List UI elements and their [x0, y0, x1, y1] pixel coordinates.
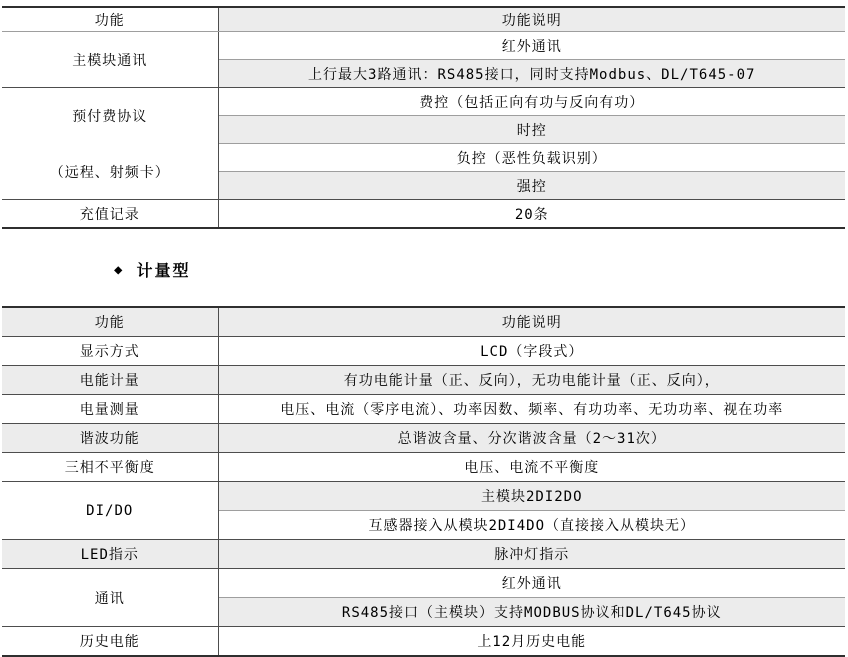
table-row: 显示方式 LCD（字段式） [2, 337, 845, 366]
feature-desc-cell: 互感器接入从模块2DI4DO（直接接入从模块无） [218, 511, 845, 540]
feature-name-cell: 谐波功能 [2, 424, 218, 453]
feature-name-cell: 三相不平衡度 [2, 453, 218, 482]
feature-desc-cell: 电压、电流（零序电流）、功率因数、频率、有功功率、无功功率、视在功率 [218, 395, 845, 424]
table-row: 电量测量 电压、电流（零序电流）、功率因数、频率、有功功率、无功功率、视在功率 [2, 395, 845, 424]
feature-desc-cell: RS485接口（主模块）支持MODBUS协议和DL/T645协议 [218, 598, 845, 627]
diamond-bullet-icon: ◆ [114, 262, 124, 278]
header-function-cell: 功能 [2, 307, 218, 337]
feature-name-cell: 电能计量 [2, 366, 218, 395]
table-row: 充值记录 20条 [2, 200, 845, 229]
feature-desc-cell: 负控（恶性负载识别） [218, 144, 845, 172]
table-header-row: 功能 功能说明 [2, 7, 845, 32]
table-header-row: 功能 功能说明 [2, 307, 845, 337]
feature-desc-cell: 时控 [218, 116, 845, 144]
table-row: DI/DO 主模块2DI2DO [2, 482, 845, 511]
feature-desc-cell: 20条 [218, 200, 845, 229]
feature-name-cell: 主模块通讯 [2, 32, 218, 88]
feature-name-cell: LED指示 [2, 540, 218, 569]
table-row: 主模块通讯 红外通讯 [2, 32, 845, 60]
metering-features-table: 功能 功能说明 显示方式 LCD（字段式） 电能计量 有功电能计量（正、反向），… [2, 306, 845, 657]
feature-desc-cell: 强控 [218, 172, 845, 200]
table-row: LED指示 脉冲灯指示 [2, 540, 845, 569]
feature-desc-cell: 费控（包括正向有功与反向有功） [218, 88, 845, 116]
feature-desc-cell: 主模块2DI2DO [218, 482, 845, 511]
header-function-cell: 功能 [2, 7, 218, 32]
feature-desc-cell: 红外通讯 [218, 32, 845, 60]
section-heading-label: 计量型 [136, 258, 190, 281]
table-row: 三相不平衡度 电压、电流不平衡度 [2, 453, 845, 482]
table-row: 电能计量 有功电能计量（正、反向），无功电能计量（正、反向）， [2, 366, 845, 395]
prepaid-features-table: 功能 功能说明 主模块通讯 红外通讯 上行最大3路通讯：RS485接口，同时支持… [2, 6, 845, 229]
feature-name-cell: 电量测量 [2, 395, 218, 424]
feature-desc-cell: 红外通讯 [218, 569, 845, 598]
feature-desc-cell: 有功电能计量（正、反向），无功电能计量（正、反向）， [218, 366, 845, 395]
feature-desc-cell: 电压、电流不平衡度 [218, 453, 845, 482]
feature-desc-cell: 脉冲灯指示 [218, 540, 845, 569]
table-row: 通讯 红外通讯 [2, 569, 845, 598]
table-row: 历史电能 上12月历史电能 [2, 627, 845, 657]
feature-name-cell: 通讯 [2, 569, 218, 627]
feature-name-cell: DI/DO [2, 482, 218, 540]
feature-desc-cell: 上12月历史电能 [218, 627, 845, 657]
header-description-cell: 功能说明 [218, 307, 845, 337]
feature-name-cell: 显示方式 [2, 337, 218, 366]
section-heading: ◆ 计量型 [114, 258, 190, 281]
feature-name-cell: 历史电能 [2, 627, 218, 657]
feature-desc-cell: LCD（字段式） [218, 337, 845, 366]
feature-name-line1: 预付费协议 [72, 106, 147, 126]
feature-name-multiline: 预付费协议 （远程、射频卡） [6, 106, 214, 182]
table-row: 谐波功能 总谐波含量、分次谐波含量（2～31次） [2, 424, 845, 453]
feature-desc-cell: 总谐波含量、分次谐波含量（2～31次） [218, 424, 845, 453]
feature-name-line2: （远程、射频卡） [50, 162, 170, 182]
feature-name-cell: 充值记录 [2, 200, 218, 229]
feature-name-cell: 预付费协议 （远程、射频卡） [2, 88, 218, 200]
table-row: 预付费协议 （远程、射频卡） 费控（包括正向有功与反向有功） [2, 88, 845, 116]
feature-desc-cell: 上行最大3路通讯：RS485接口，同时支持Modbus、DL/T645-07 [218, 60, 845, 88]
header-description-cell: 功能说明 [218, 7, 845, 32]
